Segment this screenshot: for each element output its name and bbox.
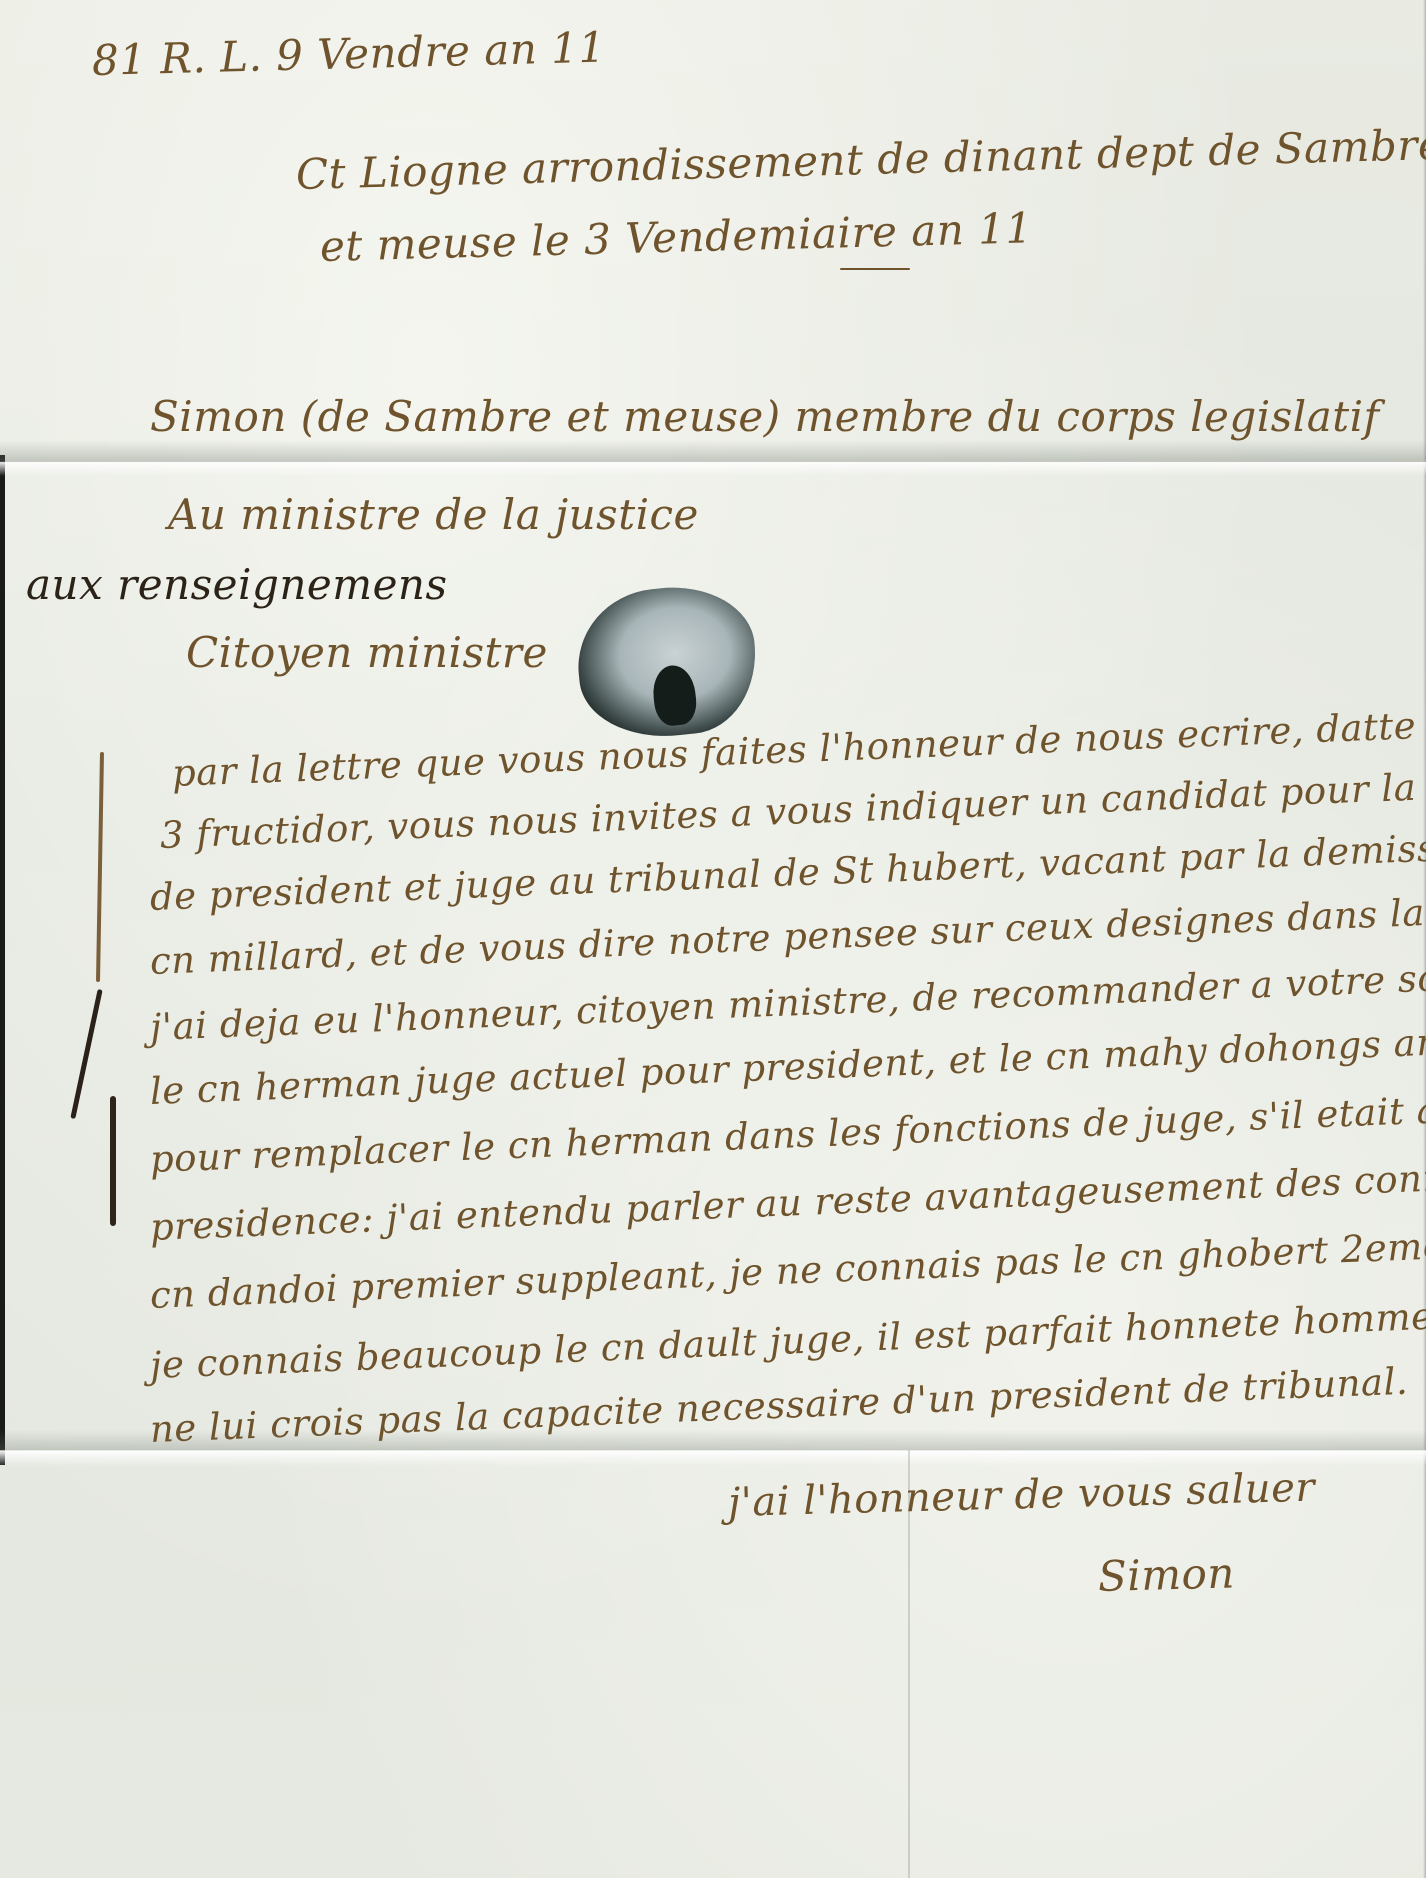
margin-bracket xyxy=(70,989,102,1119)
closing-line: j'ai l'honneur de vous saluer xyxy=(727,1465,1315,1526)
salutation: Citoyen ministre xyxy=(186,628,548,677)
margin-bracket xyxy=(110,1096,116,1226)
date-underline xyxy=(840,268,910,270)
page-edge-shadow xyxy=(0,455,5,1465)
sender-line: Simon (de Sambre et meuse) membre du cor… xyxy=(150,392,1380,441)
letter-page: 81 R. L. 9 Vendre an 11 Ct Liogne arrond… xyxy=(0,0,1426,1878)
docket-note: 81 R. L. 9 Vendre an 11 xyxy=(91,23,606,85)
ink-blot xyxy=(571,579,763,745)
margin-note: aux renseignemens xyxy=(26,560,448,609)
recipient-line: Au ministre de la justice xyxy=(168,490,699,539)
place-line-2: et meuse le 3 Vendemiaire an 11 xyxy=(319,203,1033,271)
signature: Simon xyxy=(1097,1548,1235,1601)
margin-bracket xyxy=(96,752,104,982)
fold-crease-top xyxy=(0,440,1426,476)
place-line-1: Ct Liogne arrondissement de dinant dept … xyxy=(295,120,1426,199)
